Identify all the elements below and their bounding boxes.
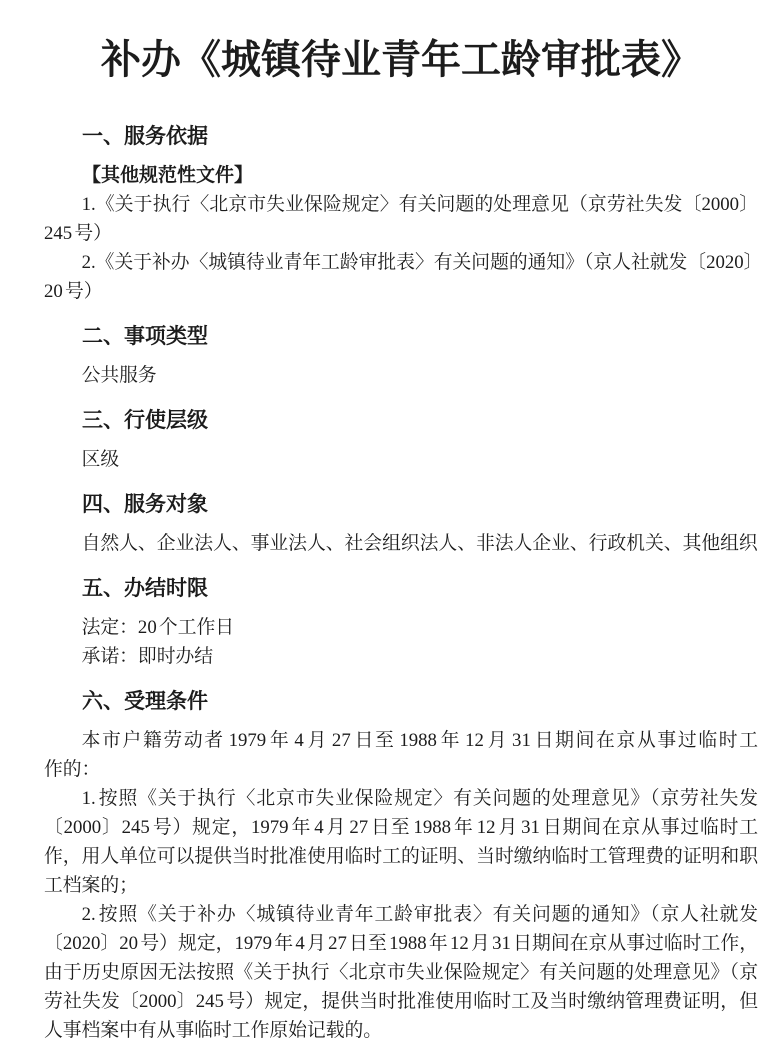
paragraph-line: 工档案的； — [44, 871, 758, 900]
section: 一、服务依据【其他规范性文件】1.《关于执行〈北京市失业保险规定〉有关问题的处理… — [44, 122, 758, 306]
paragraph-line: 由于历史原因无法按照《关于执行〈北京市失业保险规定〉有关问题的处理意见》（京 — [44, 958, 758, 987]
section: 四、服务对象自然人、企业法人、事业法人、社会组织法人、非法人企业、行政机关、其他… — [44, 490, 758, 558]
document-title: 补办《城镇待业青年工龄审批表》 — [44, 36, 758, 84]
paragraph-line: 人事档案中有从事临时工作原始记载的。 — [44, 1016, 758, 1045]
paragraph-line: 公共服务 — [44, 361, 758, 390]
paragraph-line: 法定：20 个工作日 — [44, 613, 758, 642]
section: 六、受理条件本市户籍劳动者 1979 年 4 月 27 日至 1988 年 12… — [44, 687, 758, 1045]
paragraph-line: 1. 按照《关于执行〈北京市失业保险规定〉有关问题的处理意见》（京劳社失发 — [44, 784, 758, 813]
section-heading: 四、服务对象 — [44, 490, 758, 519]
paragraph-line: 2. 按照《关于补办〈城镇待业青年工龄审批表〉有关问题的通知》（京人社就发 — [44, 900, 758, 929]
paragraph-line: 作的： — [44, 755, 758, 784]
section-heading: 五、办结时限 — [44, 574, 758, 603]
paragraph-line: 〔2000〕245 号）规定，1979 年 4 月 27 日至 1988 年 1… — [44, 813, 758, 842]
paragraph: 1.《关于执行〈北京市失业保险规定〉有关问题的处理意见（京劳社失发〔2000〕2… — [44, 190, 758, 248]
paragraph: 承诺：即时办结 — [44, 642, 758, 671]
paragraph-line: 承诺：即时办结 — [44, 642, 758, 671]
section-heading: 六、受理条件 — [44, 687, 758, 716]
paragraph-line: 245 号） — [44, 219, 758, 248]
document-sections: 一、服务依据【其他规范性文件】1.《关于执行〈北京市失业保险规定〉有关问题的处理… — [44, 106, 758, 1045]
paragraph: 2. 按照《关于补办〈城镇待业青年工龄审批表〉有关问题的通知》（京人社就发〔20… — [44, 900, 758, 1045]
document-page: 补办《城镇待业青年工龄审批表》 一、服务依据【其他规范性文件】1.《关于执行〈北… — [0, 0, 780, 1062]
section-heading: 二、事项类型 — [44, 322, 758, 351]
paragraph: 2.《关于补办〈城镇待业青年工龄审批表〉有关问题的通知》（京人社就发〔2020〕… — [44, 248, 758, 306]
paragraph-line: 区级 — [44, 445, 758, 474]
paragraph: 法定：20 个工作日 — [44, 613, 758, 642]
section-subheading: 【其他规范性文件】 — [44, 161, 758, 190]
paragraph: 自然人、企业法人、事业法人、社会组织法人、非法人企业、行政机关、其他组织 — [44, 529, 758, 558]
paragraph: 1. 按照《关于执行〈北京市失业保险规定〉有关问题的处理意见》（京劳社失发〔20… — [44, 784, 758, 900]
paragraph-line: 作，用人单位可以提供当时批准使用临时工的证明、当时缴纳临时工管理费的证明和职 — [44, 842, 758, 871]
paragraph-line: 自然人、企业法人、事业法人、社会组织法人、非法人企业、行政机关、其他组织 — [44, 529, 758, 558]
paragraph-line: 1.《关于执行〈北京市失业保险规定〉有关问题的处理意见（京劳社失发〔2000〕 — [44, 190, 758, 219]
section: 五、办结时限法定：20 个工作日承诺：即时办结 — [44, 574, 758, 671]
paragraph-line: 〔2020〕20 号）规定，1979 年 4 月 27 日至 1988 年 12… — [44, 929, 758, 958]
paragraph-line: 劳社失发〔2000〕245 号）规定，提供当时批准使用临时工及当时缴纳管理费证明… — [44, 987, 758, 1016]
section-heading: 三、行使层级 — [44, 406, 758, 435]
paragraph-line: 2.《关于补办〈城镇待业青年工龄审批表〉有关问题的通知》（京人社就发〔2020〕 — [44, 248, 758, 277]
section-heading: 一、服务依据 — [44, 122, 758, 151]
section: 二、事项类型公共服务 — [44, 322, 758, 390]
section: 三、行使层级区级 — [44, 406, 758, 474]
paragraph: 公共服务 — [44, 361, 758, 390]
paragraph: 区级 — [44, 445, 758, 474]
paragraph-line: 本市户籍劳动者 1979 年 4 月 27 日至 1988 年 12 月 31 … — [44, 726, 758, 755]
paragraph-line: 20 号） — [44, 277, 758, 306]
paragraph: 本市户籍劳动者 1979 年 4 月 27 日至 1988 年 12 月 31 … — [44, 726, 758, 784]
